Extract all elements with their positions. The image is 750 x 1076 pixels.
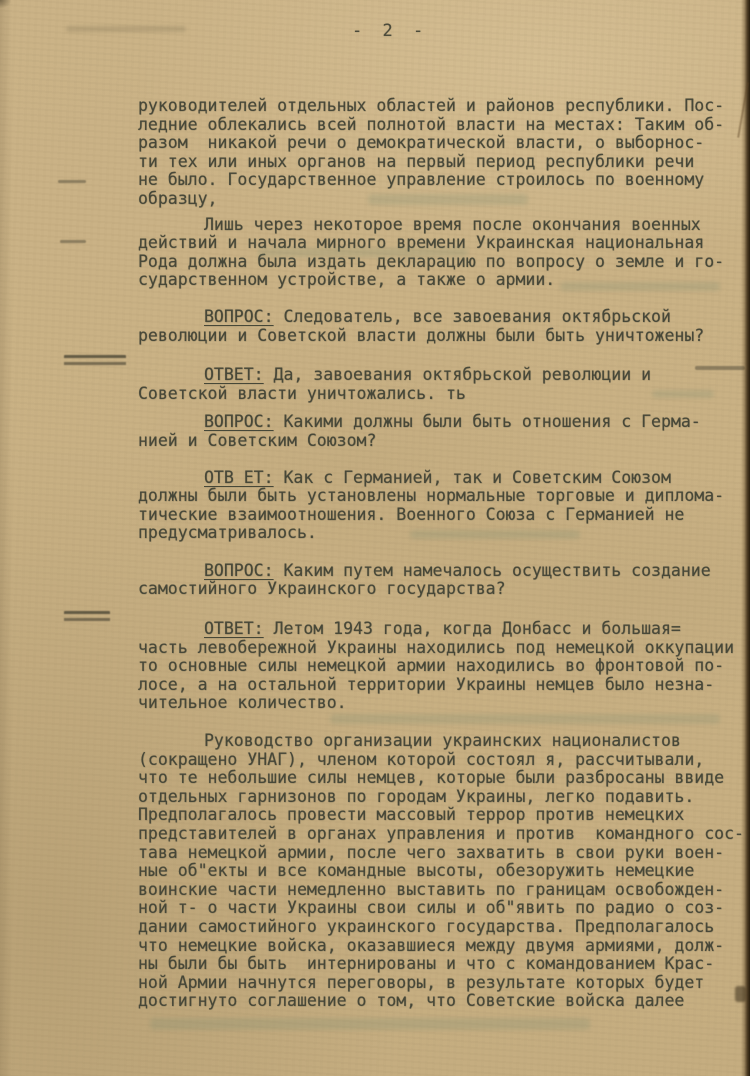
text-line: сударственном устройстве, а также о арми… bbox=[138, 271, 744, 290]
line-text: революции и Советской власти должны были… bbox=[138, 326, 704, 345]
text-line: что те небольшие силы немцев, которые бы… bbox=[138, 769, 744, 788]
qa-block: ВОПРОС: Каким путем намечалось осуществи… bbox=[138, 562, 744, 599]
qa-block: ОТВЕТ: Да, завоевания октябрьской револю… bbox=[138, 366, 744, 403]
line-text: тава немецкой армии, после чего захватит… bbox=[138, 843, 724, 862]
text-line: революции и Советской власти должны были… bbox=[138, 327, 744, 346]
text-line: Предполагалось провести массовый террор … bbox=[138, 806, 744, 825]
line-text: Каким путем намечалось осуществить созда… bbox=[283, 561, 710, 580]
line-text: Советской власти уничтожались. ть bbox=[138, 384, 466, 403]
line-text: часть левобережной Украины находились по… bbox=[138, 638, 734, 657]
document-body: руководителей отдельных областей и район… bbox=[138, 97, 744, 1011]
text-line: образцу, bbox=[138, 190, 744, 209]
qa-block: ОТВ ЕТ: Как с Германией, так и Советским… bbox=[138, 469, 744, 543]
qa-block: ВОПРОС: Какими должны были быть отношени… bbox=[138, 413, 744, 450]
line-text: руководителей отдельных областей и район… bbox=[138, 96, 724, 115]
line-text: тические взаимоотношения. Военного Союза… bbox=[138, 505, 684, 524]
page-left-shading bbox=[0, 0, 12, 1076]
text-line: самостийного Украинского государства? bbox=[138, 580, 744, 599]
text-line: (сокращено УНАГ), членом которой состоял… bbox=[138, 751, 744, 770]
line-text: сударственном устройстве, а также о арми… bbox=[138, 270, 555, 289]
text-line: отдельных гарнизонов по городам Украины,… bbox=[138, 788, 744, 807]
text-line: то основные силы немецкой армии находили… bbox=[138, 657, 744, 676]
text-line: ОТВЕТ: Да, завоевания октябрьской револю… bbox=[138, 366, 744, 385]
qa-block: ОТВЕТ: Летом 1943 года, когда Донбасс и … bbox=[138, 620, 744, 713]
margin-scribble bbox=[64, 355, 126, 367]
qa-block: ВОПРОС: Следователь, все завоевания октя… bbox=[138, 308, 744, 345]
text-line: чительное количество. bbox=[138, 694, 744, 713]
text-line: тава немецкой армии, после чего захватит… bbox=[138, 844, 744, 863]
text-line: ной т- о части Украины свои силы и об"яв… bbox=[138, 899, 744, 918]
page-number: - 2 - bbox=[352, 21, 428, 41]
line-text: Летом 1943 года, когда Донбасс и большая… bbox=[274, 619, 681, 638]
text-line: нией и Советским Союзом? bbox=[138, 432, 744, 451]
line-text: отдельных гарнизонов по городам Украины,… bbox=[138, 787, 694, 806]
qa-label: ОТВ ЕТ: bbox=[204, 468, 274, 487]
line-text: Да, завоевания октябрьской революции и bbox=[274, 365, 652, 384]
edge-stain bbox=[735, 986, 746, 1002]
page-edge-shadow bbox=[741, 0, 750, 1076]
text-line: Советской власти уничтожались. ть bbox=[138, 385, 744, 404]
line-text: предусматривалось. bbox=[138, 523, 317, 542]
line-text: Как с Германией, так и Советским Союзом bbox=[283, 468, 670, 487]
text-line: ти тех или иных органов на первый период… bbox=[138, 153, 744, 172]
line-text: нией и Советским Союзом? bbox=[138, 431, 376, 450]
paragraph: Лишь через некоторое время после окончан… bbox=[138, 216, 744, 290]
margin-dash bbox=[60, 240, 86, 243]
text-line: действий и начала мирного времени Украин… bbox=[138, 234, 744, 253]
line-text: чительное количество. bbox=[138, 693, 347, 712]
line-text: разом никакой речи о демократической вла… bbox=[138, 133, 704, 152]
text-line: разом никакой речи о демократической вла… bbox=[138, 134, 744, 153]
text-line: должны были быть установлены нормальные … bbox=[138, 487, 744, 506]
text-line: Руководство организации украинских нацио… bbox=[138, 732, 744, 751]
margin-smudge bbox=[66, 26, 186, 32]
line-text: образцу, bbox=[138, 189, 217, 208]
ghost-text-smudge bbox=[150, 1018, 590, 1030]
line-text: то основные силы немецкой армии находили… bbox=[138, 656, 724, 675]
text-line: тические взаимоотношения. Военного Союза… bbox=[138, 506, 744, 525]
qa-label: ВОПРОС: bbox=[204, 307, 274, 326]
line-text: дании самостийного украинского государст… bbox=[138, 917, 714, 936]
margin-dash bbox=[58, 180, 86, 183]
line-text: ны были бы быть интернированы и что с ко… bbox=[138, 954, 714, 973]
line-text: ные об"екты и все командные высоты, обез… bbox=[138, 861, 694, 880]
margin-scribble bbox=[64, 611, 110, 622]
line-text: Руководство организации украинских нацио… bbox=[204, 731, 681, 750]
line-text: воинские части немедленно выставить по г… bbox=[138, 880, 724, 899]
qa-label: ВОПРОС: bbox=[204, 412, 274, 431]
line-text: самостийного Украинского государства? bbox=[138, 579, 506, 598]
text-line: Рода должна была издать декларацию по во… bbox=[138, 253, 744, 272]
text-line: ВОПРОС: Какими должны были быть отношени… bbox=[138, 413, 744, 432]
text-line: ВОПРОС: Следователь, все завоевания октя… bbox=[138, 308, 744, 327]
text-line: ной Армии начнутся переговоры, в результ… bbox=[138, 974, 744, 993]
paragraph: руководителей отдельных областей и район… bbox=[138, 97, 744, 209]
text-line: руководителей отдельных областей и район… bbox=[138, 97, 744, 116]
qa-label: ОТВЕТ: bbox=[204, 365, 264, 384]
line-text: ной т- о части Украины свои силы и об"яв… bbox=[138, 898, 724, 917]
line-text: должны были быть установлены нормальные … bbox=[138, 486, 724, 505]
corner-stain bbox=[0, 0, 11, 8]
line-text: Лишь через некоторое время после окончан… bbox=[204, 215, 701, 234]
line-text: лосе, а на остальной территории Украины … bbox=[138, 675, 714, 694]
text-line: Лишь через некоторое время после окончан… bbox=[138, 216, 744, 235]
text-line: ные об"екты и все командные высоты, обез… bbox=[138, 862, 744, 881]
qa-label: ОТВЕТ: bbox=[204, 619, 264, 638]
text-line: ВОПРОС: Каким путем намечалось осуществи… bbox=[138, 562, 744, 581]
line-text: Какими должны были быть отношения с Герм… bbox=[283, 412, 700, 431]
scanned-document-page: - 2 - руководителей отдельных областей и… bbox=[0, 0, 750, 1076]
text-line: достигнуто соглашение о том, что Советск… bbox=[138, 992, 744, 1011]
line-text: ледние облекались всей полнотой власти н… bbox=[138, 115, 724, 134]
text-line: дании самостийного украинского государст… bbox=[138, 918, 744, 937]
text-line: часть левобережной Украины находились по… bbox=[138, 639, 744, 658]
text-line: представителей в органах управления и пр… bbox=[138, 825, 744, 844]
line-text: (сокращено УНАГ), членом которой состоял… bbox=[138, 750, 704, 769]
text-line: воинские части немедленно выставить по г… bbox=[138, 881, 744, 900]
line-text: Следователь, все завоевания октябрьской bbox=[283, 307, 670, 326]
line-text: ти тех или иных органов на первый период… bbox=[138, 152, 694, 171]
text-line: что немецкие войска, оказавшиеся между д… bbox=[138, 937, 744, 956]
qa-label: ВОПРОС: bbox=[204, 561, 274, 580]
text-line: ОТВЕТ: Летом 1943 года, когда Донбасс и … bbox=[138, 620, 744, 639]
text-line: ОТВ ЕТ: Как с Германией, так и Советским… bbox=[138, 469, 744, 488]
paragraph: Руководство организации украинских нацио… bbox=[138, 732, 744, 1011]
text-line: ледние облекались всей полнотой власти н… bbox=[138, 116, 744, 135]
text-line: ны были бы быть интернированы и что с ко… bbox=[138, 955, 744, 974]
line-text: достигнуто соглашение о том, что Советск… bbox=[138, 991, 684, 1010]
text-line: лосе, а на остальной территории Украины … bbox=[138, 676, 744, 695]
line-text: действий и начала мирного времени Украин… bbox=[138, 233, 704, 252]
text-line: предусматривалось. bbox=[138, 524, 744, 543]
line-text: что те небольшие силы немцев, которые бы… bbox=[138, 768, 724, 787]
line-text: что немецкие войска, оказавшиеся между д… bbox=[138, 936, 724, 955]
line-text: ной Армии начнутся переговоры, в результ… bbox=[138, 973, 704, 992]
line-text: представителей в органах управления и пр… bbox=[138, 824, 744, 843]
text-line: не было. Государственное управление стро… bbox=[138, 171, 744, 190]
line-text: Рода должна была издать декларацию по во… bbox=[138, 252, 724, 271]
line-text: Предполагалось провести массовый террор … bbox=[138, 805, 684, 824]
line-text: не было. Государственное управление стро… bbox=[138, 170, 704, 189]
